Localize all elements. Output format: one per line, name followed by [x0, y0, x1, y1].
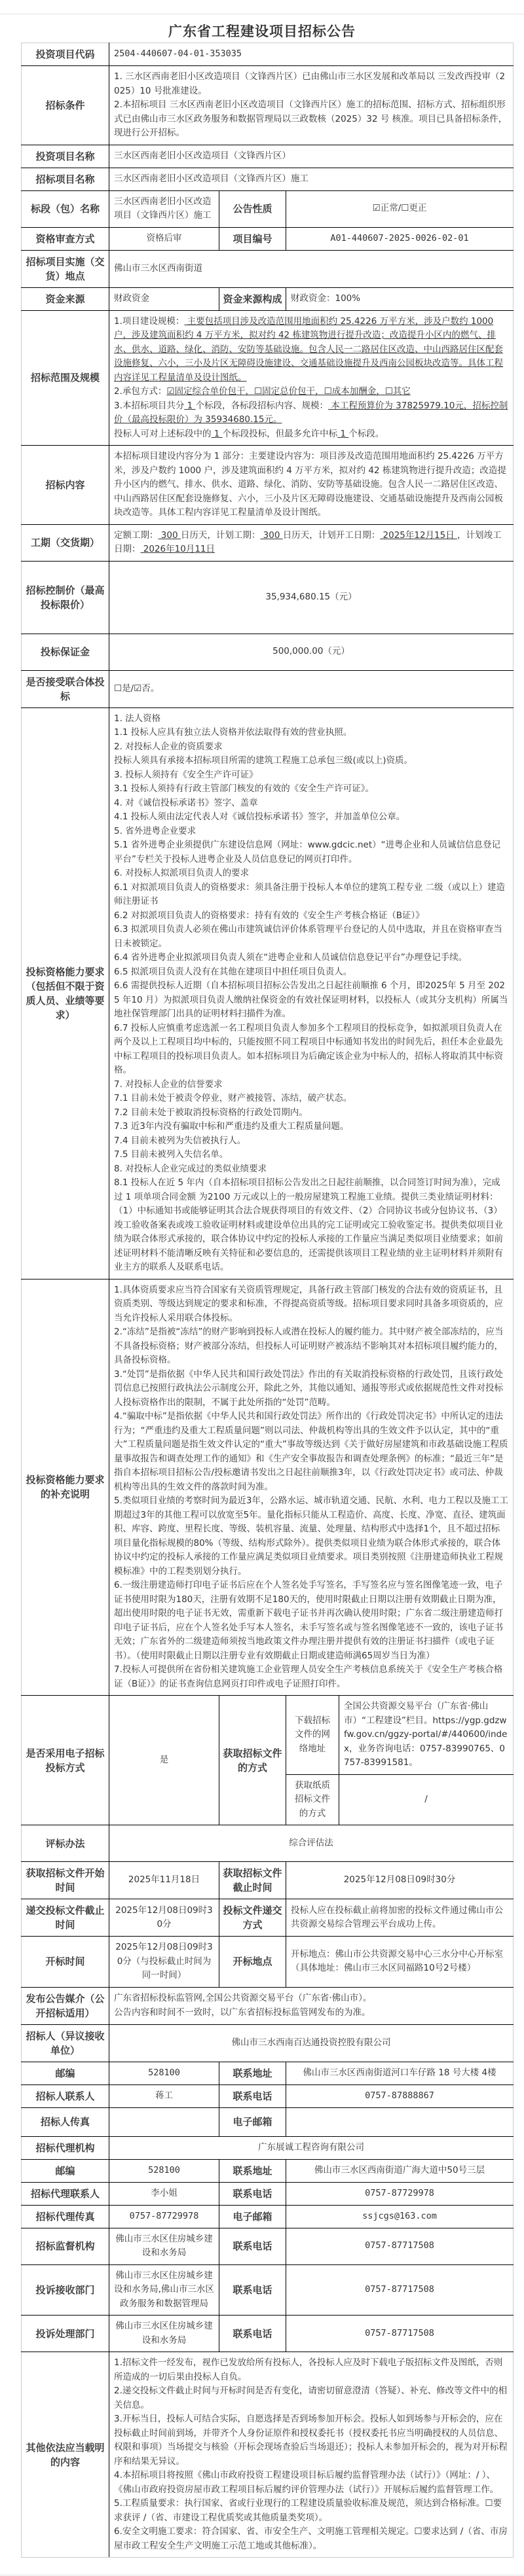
scope-item-2: 2.承包方式：☑固定综合单价包干，☐固定总价包干，☐成本加酬金，☐其它 — [114, 385, 508, 399]
label-obtain-start: 获取招标文件开始时间 — [22, 1862, 109, 1899]
row-agency-fax: 招标代理传真 0757-87729978 电子邮箱 ssjcgs@163.com — [22, 2205, 514, 2228]
requirement-line: 8.1 投标人在近 5 年内（自本招标项目招标公告发出之日起往前顺推，以合同签订… — [114, 1176, 508, 1275]
conditions-value: 1. 三水区西南老旧小区改造项目（文锋西片区）已由佛山市三水区发展和改革局以 三… — [109, 66, 514, 145]
row-period: 工期（交货期） 定额工期： 300 日历天，计划工期： 300 日历天，计划开工… — [22, 524, 514, 561]
supplement-line: 1.具体资质要求应当符合国家有关资质管理规定，具备行政主管部门核发的合法有效的资… — [114, 1283, 508, 1326]
supplement-line: 6.一级注册建造师打印电子证书后应在个人签名处手写签名，手写签名应与签名图像笔迹… — [114, 1579, 508, 1663]
requirement-line: 1. 法人资格 — [114, 712, 508, 726]
tenderer-postcode-value: 528100 — [109, 2062, 219, 2084]
media-line: 广东省招标投标监管网,全国公共资源交易平台（广东省·佛山市）。 — [114, 1992, 508, 2006]
label-control-price: 招标控制价（最高投标限价） — [22, 561, 109, 634]
label-deposit: 投标保证金 — [22, 634, 109, 670]
requirement-line: 6.3 拟派项目负责人必须在佛山市建筑诚信评价体系管理平台登记的人员中选取，并且… — [114, 923, 508, 951]
submit-deadline-value: 2025年12月08日09时30分 — [109, 1899, 219, 1937]
row-control-price: 招标控制价（最高投标限价） 35,934,680.15（元） — [22, 561, 514, 634]
row-investment-name: 投资项目名称 三水区西南老旧小区改造项目（文锋西片区） — [22, 145, 514, 168]
label-submit-deadline: 递交投标文件截止时间 — [22, 1899, 109, 1937]
supplement-line: 2.“冻结”是指被“冻结”的财产影响到投标人或潜在投标人的履约能力。其中财产被全… — [114, 1325, 508, 1368]
label-tenderer-email: 电子邮箱 — [219, 2107, 286, 2136]
tenderer-fax-value — [109, 2107, 219, 2136]
row-obtain-time: 获取招标文件开始时间 2025年11月18日 获取招标文件截止时间 2025年1… — [22, 1862, 514, 1899]
row-tenderer-post: 邮编 528100 联系地址 佛山市三水区西南街道河口车仔路 18 号大楼 4楼 — [22, 2062, 514, 2084]
row-conditions: 招标条件 1. 三水区西南老旧小区改造项目（文锋西片区）已由佛山市三水区发展和改… — [22, 66, 514, 145]
supplement-line: 4.“骗取中标”是指依据《中华人民共和国行政处罚法》所作出的《行政处罚决定书》中… — [114, 1410, 508, 1494]
row-media: 发布公告媒介（公开招标适用） 广东省招标投标监管网,全国公共资源交易平台（广东省… — [22, 1987, 514, 2024]
opening-time-value: 2025年12月08日09时30分（与投标截止时间为同一时间） — [109, 1937, 219, 1988]
label-electronic-bidding: 是否采用电子招标投标方式 — [22, 1696, 109, 1825]
project-number-value: A01-440607-2025-0026-02-01 — [286, 227, 514, 250]
label-consortium: 是否接受联合体投标 — [22, 670, 109, 707]
other-line: 5.工程质量要求：执行国家、省或行业现行的工程建设质量验收标准及规范，须达到合格… — [114, 2497, 508, 2525]
scope-item-4: 投标人可对上述标段中的 1 个标段投标，但最多允许中标 1 个标段。 — [114, 427, 508, 442]
control-price-value: 35,934,680.15（元） — [109, 561, 514, 634]
media-value: 广东省招标投标监管网,全国公共资源交易平台（广东省·佛山市）。 公告内容和时间不… — [109, 1987, 514, 2024]
requirement-line: 6.6 需提供投标人近期（自本招标项目招标公告发出之日起往前顺推 6 个月，即2… — [114, 979, 508, 1022]
label-section-name: 标段（包）名称 — [22, 190, 109, 227]
funding-source-value: 财政资金 — [109, 287, 219, 310]
tender-project-name-value: 三水区西南老旧小区改造项目（文锋西片区）施工 — [109, 168, 514, 190]
requirement-line: 8. 对投标人企业完成过的类似业绩要求 — [114, 1162, 508, 1177]
label-opening-time: 开标时间 — [22, 1937, 109, 1988]
scope-value: 1.项目建设规模： 主要包括项目涉及改造范围用地面积约 25.4226 万平方米… — [109, 310, 514, 446]
requirement-line: 4.1 投标人须由法定代表人对《诚信投标承诺书》签字，并加盖单位公章。 — [114, 810, 508, 825]
row-section-name: 标段（包）名称 三水区西南老旧小区改造项目（文锋西片区）施工 公告性质 ☑正常/… — [22, 190, 514, 227]
requirement-line: 投标人须具有承接本招标项目所需的建筑工程施工总承包三级(或以上)资质。 — [114, 754, 508, 768]
label-supervisor-phone: 联系电话 — [219, 2228, 286, 2264]
requirement-line: 7.5 目前未被列入失信名单。 — [114, 1148, 508, 1162]
label-tenderer-postcode: 邮编 — [22, 2062, 109, 2084]
complaint-handle-phone-value: 0757-87717508 — [286, 2316, 514, 2352]
opening-place-value: 开标地点：佛山市公共资源交易中心三水分中心开标室（具体地址：佛山市三水区同福路1… — [286, 1937, 514, 1988]
label-scope: 招标范围及规模 — [22, 310, 109, 446]
row-tender-project-name: 招标项目名称 三水区西南老旧小区改造项目（文锋西片区）施工 — [22, 168, 514, 190]
obtain-start-value: 2025年11月18日 — [109, 1862, 219, 1899]
label-tenderer-phone: 联系电话 — [219, 2084, 286, 2107]
row-agency-post: 邮编 528100 联系地址 佛山市三水区西南街道广海大道中50号三层 — [22, 2159, 514, 2182]
complaint-receive-phone-value: 0757-87717508 — [286, 2264, 514, 2316]
location-value: 佛山市三水区西南街道 — [109, 250, 514, 287]
row-consortium: 是否接受联合体投标 ☐是/☑否。 — [22, 670, 514, 707]
media-line: 公告内容和时间不一致时，以广东省招标投标监管网发布的为准。 — [114, 2006, 508, 2020]
row-submit: 递交投标文件截止时间 2025年12月08日09时30分 投标文件递交方式 投标… — [22, 1899, 514, 1937]
other-value: 1.招标文件一经发布，视作已发放给所有投标人，各投标人应及时下载电子版招标文件及… — [109, 2352, 514, 2558]
requirement-line: 6.1 对拟派项目负责人的资格要求：须具备注册于投标人本单位的建筑工程专业 二级… — [114, 881, 508, 909]
label-agency-phone: 联系电话 — [219, 2182, 286, 2205]
row-requirements: 投标资格能力要求（包括但不限于资质人员、业绩等要求） 1. 法人资格 1.1 投… — [22, 707, 514, 1279]
label-tenderer-contact: 招标人联系人 — [22, 2084, 109, 2107]
requirement-line: 7.2 目前未处于被取消投标资格的行政处罚期内。 — [114, 1106, 508, 1120]
label-requirements: 投标资格能力要求（包括但不限于资质人员、业绩等要求） — [22, 707, 109, 1279]
label-media: 发布公告媒介（公开招标适用） — [22, 1987, 109, 2024]
page-title: 广东省工程建设项目招标公告 — [0, 21, 524, 43]
label-paper-method: 获取纸质招标文件的方式 — [286, 1774, 339, 1825]
other-line: 3.开标当日，投标人可结合实际，自愿选择是否到场参加开标会。投标人如到场参与开标… — [114, 2412, 508, 2469]
requirement-line: 6.2 对拟派项目负责人的资格要求：持有有效的《安全生产考核合格证（B证）》 — [114, 909, 508, 923]
label-obtain-method: 获取招标文件的方式 — [219, 1696, 286, 1825]
submit-method-value: 投标人应在投标截止前将加密的投标文件通过佛山市公共资源交易综合管理云平台成功上传… — [286, 1899, 514, 1937]
supervisor-value: 佛山市三水区住房城乡建设和水务局 — [109, 2228, 219, 2264]
supplement-line: 7.投标人可提供所在省份相关建筑施工企业管理人员安全生产考核信息系统关于《安全生… — [114, 1663, 508, 1691]
agency-value: 广东展诚工程咨询有限公司 — [109, 2136, 514, 2159]
evaluation-value: 综合评估法 — [109, 1825, 514, 1862]
consortium-value: ☐是/☑否。 — [109, 670, 514, 707]
label-location: 招标项目实施（交货）地点 — [22, 250, 109, 287]
electronic-bidding-value: 是 — [109, 1696, 219, 1825]
label-complaint-receive-phone: 联系电话 — [219, 2264, 286, 2316]
label-agency-address: 联系地址 — [219, 2159, 286, 2182]
requirement-line: 5.1 省外进粤企业须提供广东建设信息网（网址：www.gdcic.net）“进… — [114, 838, 508, 867]
notice-nature-checkboxes: ☑正常/☐更正 — [286, 190, 514, 227]
row-tenderer-contact: 招标人联系人 蒋工 联系电话 0757-87888867 — [22, 2084, 514, 2107]
requirement-line: 7.3 近3年内没有骗取中标和严重违约及重大工程质量问题。 — [114, 1120, 508, 1134]
deposit-value: 500,000.00（元） — [109, 634, 514, 670]
tenderer-phone-value: 0757-87888867 — [286, 2084, 514, 2107]
label-agency: 招标代理机构 — [22, 2136, 109, 2159]
requirement-line: 6. 对投标人拟派项目负责人的要求 — [114, 867, 508, 881]
obtain-end-value: 2025年12月08日09时30分 — [286, 1862, 514, 1899]
label-complaint-handle: 投诉处理部门 — [22, 2316, 109, 2352]
supervisor-phone-value: 0757-87717508 — [286, 2228, 514, 2264]
row-supplement: 投标资格能力要求的补充说明 1.具体资质要求应当符合国家有关资质管理规定，具备行… — [22, 1279, 514, 1696]
row-funding: 资金来源 财政资金 资金来源构成 财政资金：100% — [22, 287, 514, 310]
label-project-number: 项目编号 — [219, 227, 286, 250]
investment-code-value: 2504-440607-04-01-353035 — [109, 43, 514, 66]
period-value: 定额工期： 300 日历天，计划工期： 300 日历天，计划开工日期： 2025… — [109, 524, 514, 561]
tenderer-address-value: 佛山市三水区西南街道河口车仔路 18 号大楼 4楼 — [286, 2062, 514, 2084]
other-line: 2.递交投标文件截止时间与开标时间是否有变化，请密切留意澄清（答疑）、补充、修改… — [114, 2384, 508, 2412]
supplement-value: 1.具体资质要求应当符合国家有关资质管理规定，具备行政主管部门核发的合法有效的资… — [109, 1279, 514, 1696]
funding-composition-value: 财政资金：100% — [286, 287, 514, 310]
label-tenderer-address: 联系地址 — [219, 2062, 286, 2084]
other-line: 1.招标文件一经发布，视作已发放给所有投标人，各投标人应及时下载电子版招标文件及… — [114, 2356, 508, 2384]
top-divider — [0, 0, 524, 14]
row-deposit: 投标保证金 500,000.00（元） — [22, 634, 514, 670]
download-address-value[interactable]: 全国公共资源交易平台（广东省·佛山市）“工程建设”栏目。https://ygp.… — [339, 1696, 514, 1775]
label-complaint-handle-phone: 联系电话 — [219, 2316, 286, 2352]
label-tenderer: 招标人（异议接收单位） — [22, 2024, 109, 2062]
agency-phone-value: 0757-87729978 — [286, 2182, 514, 2205]
row-investment-code: 投资项目代码 2504-440607-04-01-353035 — [22, 43, 514, 66]
row-content: 招标内容 本招标项目建设内容分为 1 部分：主要建设内容为：项目涉及改造范围用地… — [22, 446, 514, 525]
requirement-line: 6.4 省外进粤企业拟派项目负责人须在“进粤企业和人员诚信信息登记平台”办理登记… — [114, 951, 508, 965]
label-funding-composition: 资金来源构成 — [219, 287, 286, 310]
paper-method-value: / — [339, 1774, 514, 1825]
row-opening: 开标时间 2025年12月08日09时30分（与投标截止时间为同一时间） 开标地… — [22, 1937, 514, 1988]
requirement-line: 7.4 目前未被列为失信被执行人。 — [114, 1134, 508, 1149]
row-agency-contact: 招标代理联系人 李小姐 联系电话 0757-87729978 — [22, 2182, 514, 2205]
row-scope: 招标范围及规模 1.项目建设规模： 主要包括项目涉及改造范围用地面积约 25.4… — [22, 310, 514, 446]
agency-contact-value: 李小姐 — [109, 2182, 219, 2205]
agency-email-value[interactable]: ssjcgs@163.com — [286, 2205, 514, 2228]
label-investment-code: 投资项目代码 — [22, 43, 109, 66]
row-electronic-download: 是否采用电子招标投标方式 是 获取招标文件的方式 下载招标文件的网络地址 全国公… — [22, 1696, 514, 1775]
requirement-line: 6.5 拟派项目负责人没有在其他在建项目中担任项目负责人。 — [114, 965, 508, 980]
row-evaluation: 评标办法 综合评估法 — [22, 1825, 514, 1862]
requirement-line: 2. 对投标人企业的资质要求 — [114, 740, 508, 755]
content-value: 本招标项目建设内容分为 1 部分：主要建设内容为：项目涉及改造范围用地面积约 2… — [109, 446, 514, 525]
requirement-line: 7.1 目前未处于被责令停业，财产被接管、冻结，破产状态。 — [114, 1092, 508, 1106]
complaint-handle-value: 佛山市三水区住房城乡建设和水务局 — [109, 2316, 219, 2352]
investment-name-value: 三水区西南老旧小区改造项目（文锋西片区） — [109, 145, 514, 168]
scope-item-1: 1.项目建设规模： 主要包括项目涉及改造范围用地面积约 25.4226 万平方米… — [114, 315, 508, 385]
label-agency-fax: 招标代理传真 — [22, 2205, 109, 2228]
label-content: 招标内容 — [22, 446, 109, 525]
label-agency-contact: 招标代理联系人 — [22, 2182, 109, 2205]
tenderer-email-value — [286, 2107, 514, 2136]
label-tender-project-name: 招标项目名称 — [22, 168, 109, 190]
row-location: 招标项目实施（交货）地点 佛山市三水区西南街道 — [22, 250, 514, 287]
supplement-line: 5.类似项目业绩的考察时间为最近3年，公路水运、城市轨道交通、民航、水利、电力工… — [114, 1494, 508, 1579]
row-qualification-review: 资格审查方式 资格后审 项目编号 A01-440607-2025-0026-02… — [22, 227, 514, 250]
requirement-line: 5. 省外进粤企业要求 — [114, 825, 508, 839]
label-opening-place: 开标地点 — [219, 1937, 286, 1988]
label-qualification-review: 资格审查方式 — [22, 227, 109, 250]
label-agency-email: 电子邮箱 — [219, 2205, 286, 2228]
label-other: 其他依法应当载明的内容 — [22, 2352, 109, 2558]
requirement-line: 1.1 投标人应具有独立法人资格并依法取得有效的营业执照。 — [114, 726, 508, 740]
label-agency-postcode: 邮编 — [22, 2159, 109, 2182]
label-submit-method: 投标文件递交方式 — [219, 1899, 286, 1937]
section-name-value: 三水区西南老旧小区改造项目（文锋西片区）施工 — [109, 190, 219, 227]
requirement-line: 3.1 投标人须持有行政主管部门核发的有效的《安全生产许可证》。 — [114, 782, 508, 796]
other-line: 6.安全文明施工要求：符合国家、省、市安全生产、文明施工管理相关规定。☐要求达到… — [114, 2525, 508, 2553]
label-conditions: 招标条件 — [22, 66, 109, 145]
tender-notice-table: 投资项目代码 2504-440607-04-01-353035 招标条件 1. … — [21, 43, 514, 2558]
row-tenderer: 招标人（异议接收单位） 佛山市三水西南百达通投资控股有限公司 — [22, 2024, 514, 2062]
complaint-receive-value: 佛山市三水区住房城乡建设和水务局,佛山市三水区政务服务和数据管理局 — [109, 2264, 219, 2316]
requirement-line: 4. 对《诚信投标承诺书》签字、盖章 — [114, 796, 508, 811]
qualification-review-value: 资格后审 — [109, 227, 219, 250]
agency-postcode-value: 528100 — [109, 2159, 219, 2182]
row-agency: 招标代理机构 广东展诚工程咨询有限公司 — [22, 2136, 514, 2159]
tenderer-contact-value: 蒋工 — [109, 2084, 219, 2107]
row-complaint-handle: 投诉处理部门 佛山市三水区住房城乡建设和水务局 联系电话 0757-877175… — [22, 2316, 514, 2352]
label-tenderer-fax: 招标人传真 — [22, 2107, 109, 2136]
agency-fax-value: 0757-87729978 — [109, 2205, 219, 2228]
row-supervisor: 招标监督机构 佛山市三水区住房城乡建设和水务局 联系电话 0757-877175… — [22, 2228, 514, 2264]
label-period: 工期（交货期） — [22, 524, 109, 561]
requirements-value: 1. 法人资格 1.1 投标人应具有独立法人资格并依法取得有效的营业执照。 2.… — [109, 707, 514, 1279]
other-line: 4.本招标项目将按照《佛山市政府投资工程建设项目标后履约监督管理办法（试行）》（… — [114, 2469, 508, 2497]
conditions-line: 1. 三水区西南老旧小区改造项目（文锋西片区）已由佛山市三水区发展和改革局以 三… — [114, 70, 508, 98]
label-obtain-end: 获取招标文件截止时间 — [219, 1862, 286, 1899]
requirement-line: 6.7 投标人应慎重考虑选派一名工程项目负责人参加多个工程项目的投标竞争，如拟派… — [114, 1022, 508, 1078]
label-notice-nature: 公告性质 — [219, 190, 286, 227]
label-evaluation: 评标办法 — [22, 1825, 109, 1862]
row-complaint-receive: 投诉接收部门 佛山市三水区住房城乡建设和水务局,佛山市三水区政务服务和数据管理局… — [22, 2264, 514, 2316]
row-other: 其他依法应当载明的内容 1.招标文件一经发布，视作已发放给所有投标人，各投标人应… — [22, 2352, 514, 2558]
requirement-line: 7. 对投标人企业的信誉要求 — [114, 1078, 508, 1092]
label-supplement: 投标资格能力要求的补充说明 — [22, 1279, 109, 1696]
label-download-address: 下载招标文件的网络地址 — [286, 1696, 339, 1775]
agency-address-value: 佛山市三水区西南街道广海大道中50号三层 — [286, 2159, 514, 2182]
supplement-line: 3.“处罚”是指依据《中华人民共和国行政处罚法》作出的有关取消投标资格的行政处罚… — [114, 1368, 508, 1410]
label-complaint-receive: 投诉接收部门 — [22, 2264, 109, 2316]
scope-item-3: 3.本招标项目共分 1 个标段，各标段招标内容、规模： 本工程预算价为 3782… — [114, 399, 508, 427]
conditions-line: 2.本招标项目 三水区西南老旧小区改造项目（文锋西片区）施工的招标范围、招标方式… — [114, 98, 508, 141]
row-tenderer-fax: 招标人传真 电子邮箱 — [22, 2107, 514, 2136]
label-investment-name: 投资项目名称 — [22, 145, 109, 168]
requirement-line: 3. 投标人须持有《安全生产许可证》 — [114, 768, 508, 783]
tenderer-value: 佛山市三水西南百达通投资控股有限公司 — [109, 2024, 514, 2062]
label-supervisor: 招标监督机构 — [22, 2228, 109, 2264]
label-funding-source: 资金来源 — [22, 287, 109, 310]
